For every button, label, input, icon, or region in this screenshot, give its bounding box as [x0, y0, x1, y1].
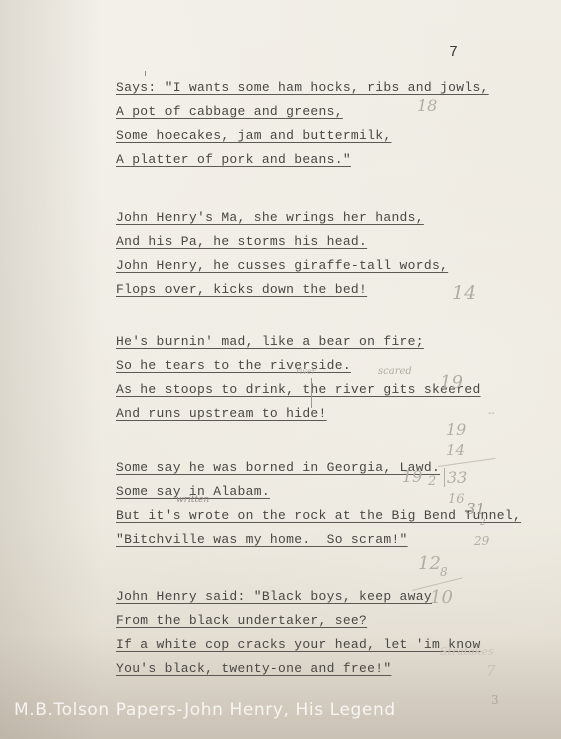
margin-note-3: 3: [491, 693, 499, 707]
handwritten-scared: scared: [378, 366, 412, 377]
poem-line: He's burnin' mad, like a bear on fire;: [116, 330, 481, 354]
archive-watermark: M.B.Tolson Papers-John Henry, His Legend: [14, 700, 396, 720]
margin-note-19-top: 19: [446, 420, 466, 439]
poem-line: A platter of pork and beans.": [116, 148, 489, 172]
margin-note-10: 10: [430, 587, 453, 608]
margin-note-33: 33: [444, 468, 467, 487]
stanza-5: John Henry said: "Black boys, keep away …: [116, 585, 481, 681]
margin-note-word: Stratakes: [440, 645, 494, 658]
poem-line: "Bitchville was my home. So scram!": [116, 528, 521, 552]
handwritten-written: written: [176, 495, 209, 505]
poem-line: And runs upstream to hide!: [116, 402, 481, 426]
poem-line: John Henry, he cusses giraffe-tall words…: [116, 254, 448, 278]
manuscript-page: 7 Says: "I wants some ham hocks, ribs an…: [0, 0, 561, 739]
handwritten-river: river: [296, 367, 315, 376]
poem-line: Some hoecakes, jam and buttermilk,: [116, 124, 489, 148]
margin-note-19: 19: [440, 372, 463, 393]
poem-line: John Henry said: "Black boys, keep away: [116, 585, 481, 609]
margin-note-14-top: 14: [446, 441, 465, 459]
margin-note-29: 29: [474, 534, 489, 548]
margin-note-14: 14: [452, 282, 476, 304]
poem-line: You's black, twenty-one and free!": [116, 657, 481, 681]
margin-note-19-left: 19: [402, 467, 422, 486]
margin-note-8: 8: [440, 565, 448, 579]
margin-note-7: 7: [486, 662, 496, 680]
margin-note-2b: 2: [480, 518, 486, 528]
margin-note-2: 2: [428, 474, 436, 489]
poem-line: John Henry's Ma, she wrings her hands,: [116, 206, 448, 230]
poem-line: But it's wrote on the rock at the Big Be…: [116, 504, 521, 528]
pencil-tick-mark: [145, 71, 146, 76]
margin-note-dash: --: [488, 408, 495, 419]
stanza-1: Says: "I wants some ham hocks, ribs and …: [116, 76, 489, 172]
page-number: 7: [449, 44, 458, 61]
poem-line: As he stoops to drink, the river gits sk…: [116, 378, 481, 402]
insertion-caret-mark: [311, 378, 312, 408]
stanza-2: John Henry's Ma, she wrings her hands, A…: [116, 206, 448, 302]
poem-line: From the black undertaker, see?: [116, 609, 481, 633]
poem-line: And his Pa, he storms his head.: [116, 230, 448, 254]
stanza-3: He's burnin' mad, like a bear on fire; S…: [116, 330, 481, 426]
margin-note-12: 12: [418, 553, 441, 574]
margin-note-18: 18: [417, 96, 437, 115]
margin-note-16: 16: [448, 492, 465, 507]
margin-note-31: 31: [466, 500, 485, 518]
poem-line: If a white cop cracks your head, let 'im…: [116, 633, 481, 657]
poem-line: Flops over, kicks down the bed!: [116, 278, 448, 302]
